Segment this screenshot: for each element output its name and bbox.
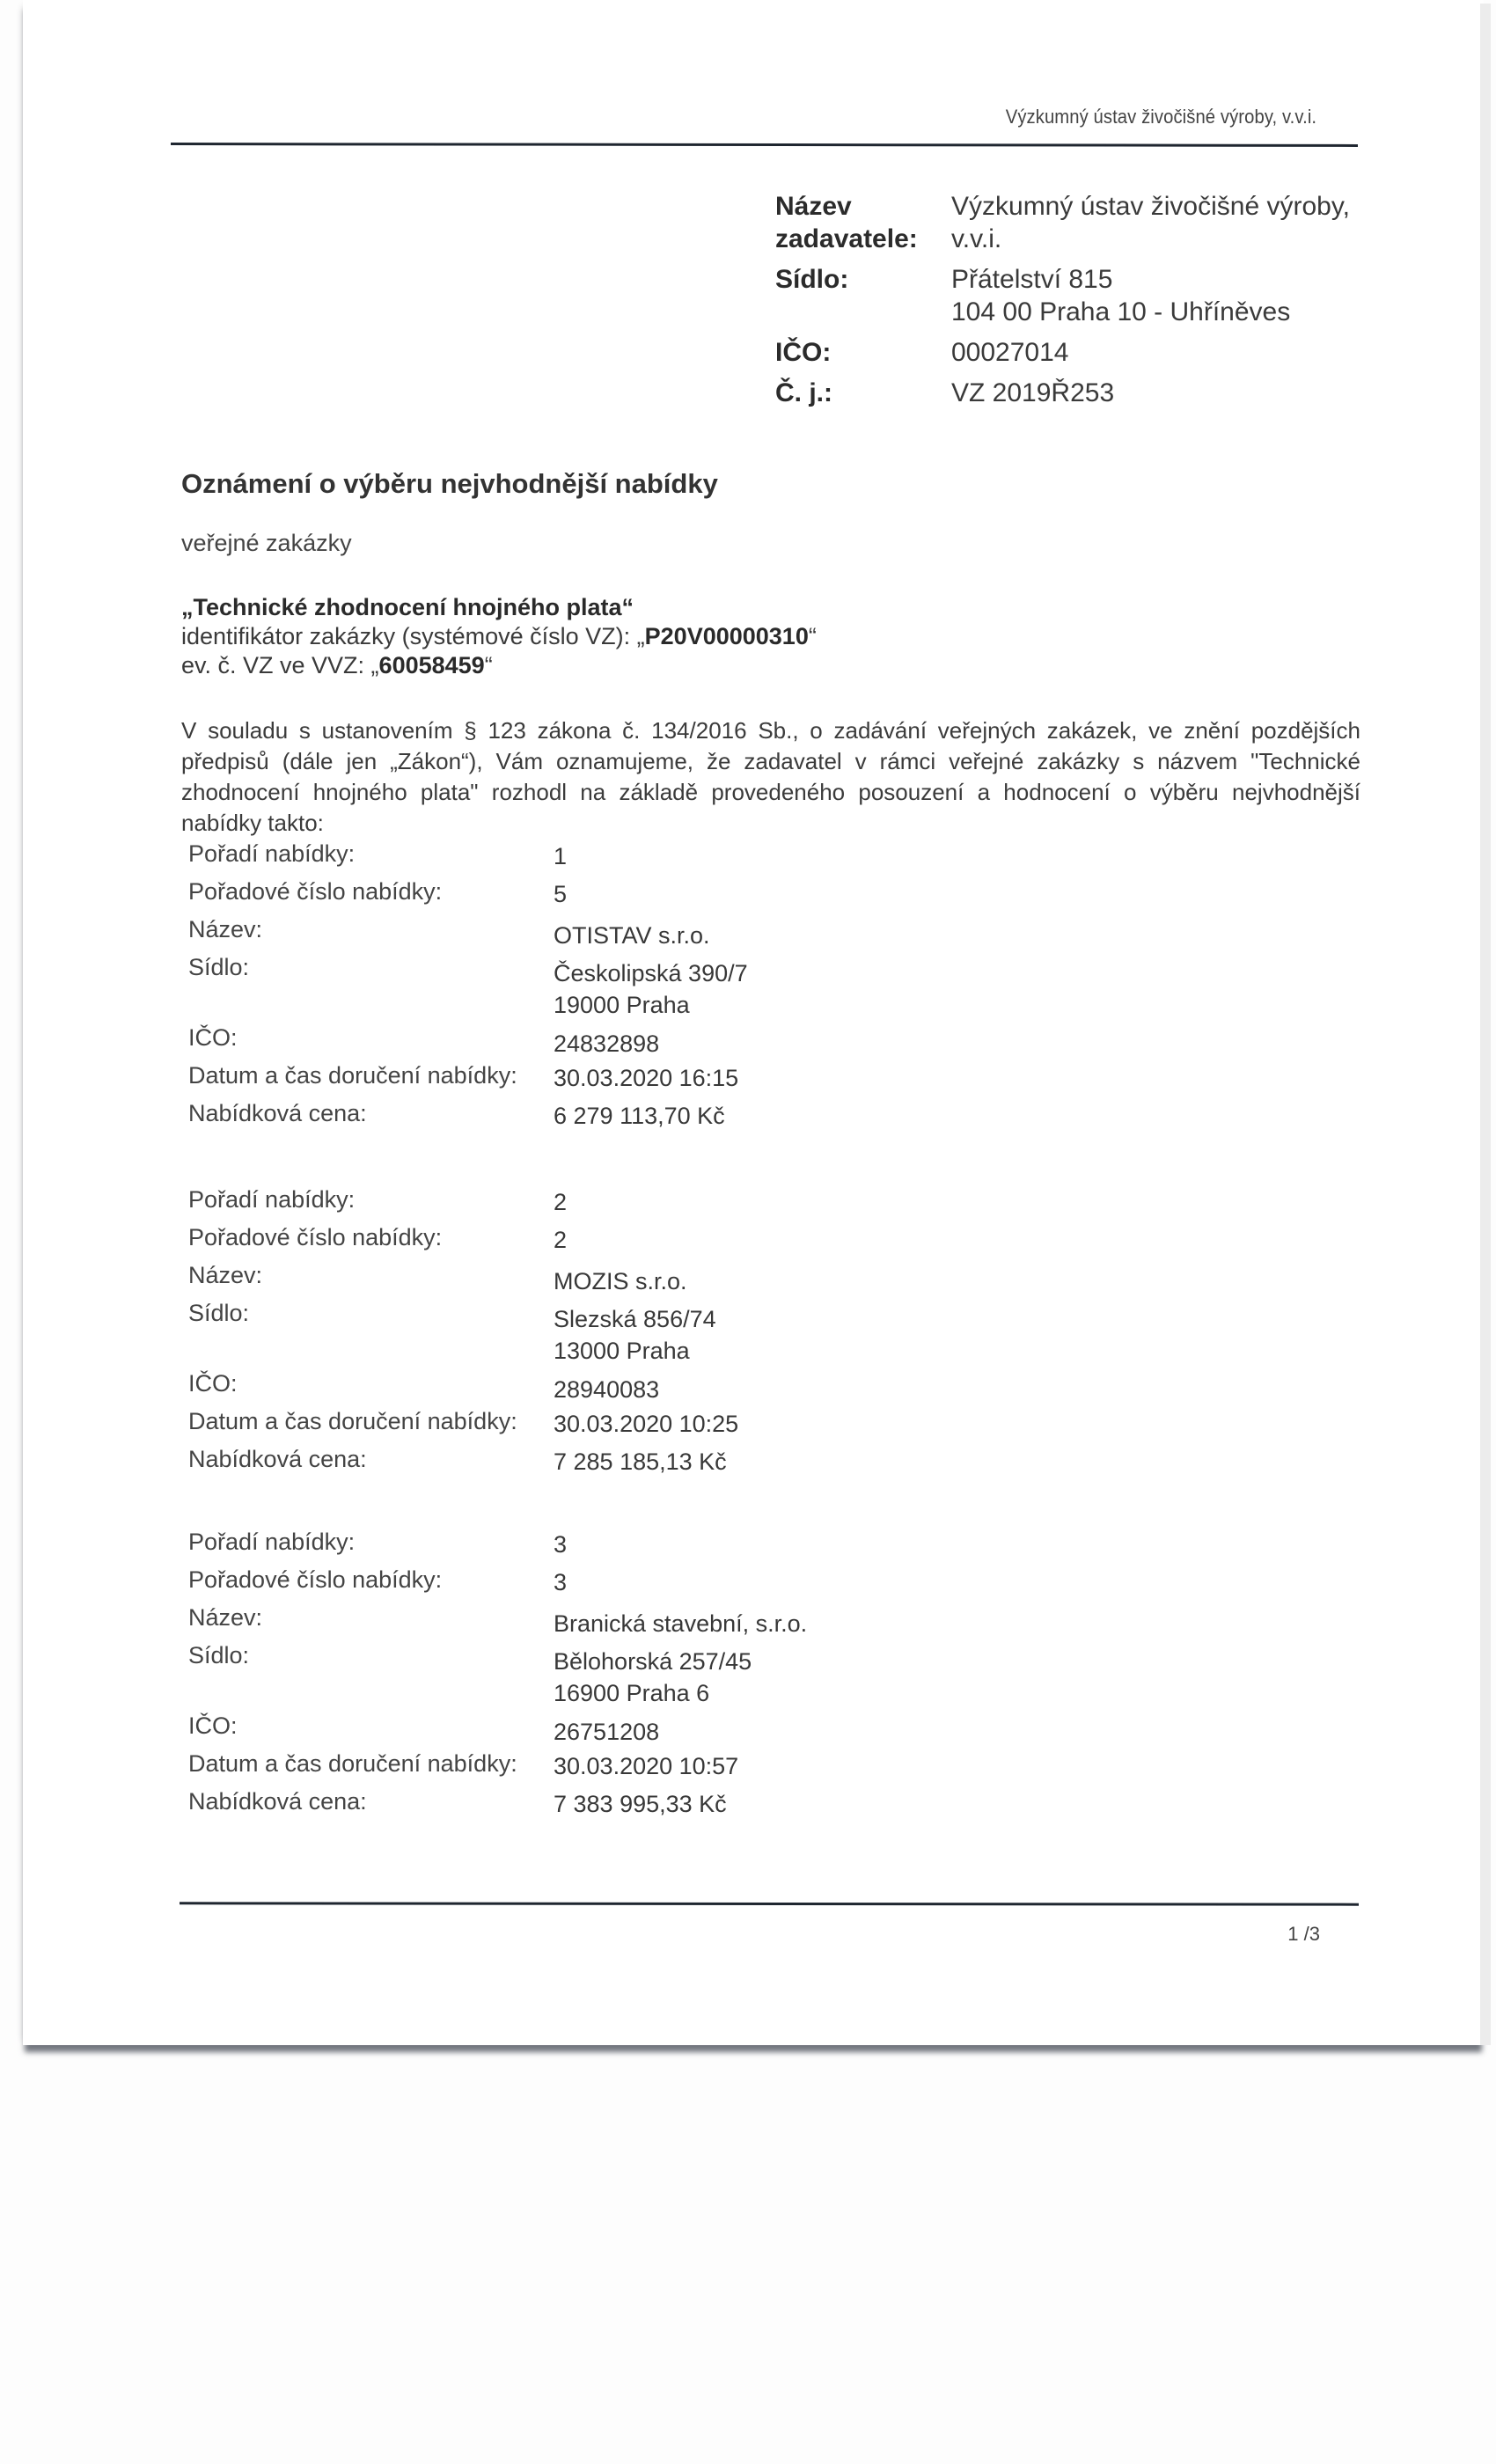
offer-seat-2: 19000 Praha	[554, 989, 748, 1021]
authority-seat-1: Přátelství 815	[951, 263, 1290, 296]
scanned-page: Výzkumný ústav živočišné výroby, v.v.i. …	[23, 0, 1484, 2045]
offer-ico: 26751208	[554, 1716, 659, 1748]
offer-block: Pořadí nabídky: 3 Pořadové číslo nabídky…	[188, 1529, 807, 1826]
authority-name-1: Výzkumný ústav živočišné výroby,	[951, 190, 1350, 223]
offer-seat-row: Sídlo: Slezská 856/74 13000 Praha	[188, 1300, 738, 1370]
offer-seat-2: 13000 Praha	[554, 1335, 716, 1367]
offer-rank: 2	[554, 1186, 567, 1218]
offer-name-row: Název: Branická stavební, s.r.o.	[188, 1604, 807, 1642]
document-title: Oznámení o výběru nejvhodnější nabídky	[181, 468, 718, 500]
offer-price: 6 279 113,70 Kč	[554, 1100, 725, 1132]
authority-ref-label: Č. j.:	[775, 377, 951, 409]
offer-price: 7 285 185,13 Kč	[554, 1446, 727, 1478]
offer-name: MOZIS s.r.o.	[554, 1265, 687, 1297]
authority-name-row: Název zadavatele: Výzkumný ústav živočiš…	[775, 190, 1350, 255]
offer-name: OTISTAV s.r.o.	[554, 920, 710, 951]
authority-ref: VZ 2019Ř253	[951, 377, 1114, 409]
authority-name-label-1: Název	[775, 190, 951, 223]
offer-rank-row: Pořadí nabídky: 3	[188, 1529, 807, 1566]
offer-seat-row: Sídlo: Bělohorská 257/45 16900 Praha 6	[188, 1642, 807, 1712]
authority-ref-row: Č. j.: VZ 2019Ř253	[775, 377, 1350, 409]
contract-identifier-line: identifikátor zakázky (systémové číslo V…	[181, 622, 817, 651]
offer-delivered-row: Datum a čas doručení nabídky: 30.03.2020…	[188, 1408, 738, 1446]
offer-ico: 28940083	[554, 1374, 659, 1405]
offer-seat-row: Sídlo: Českolipská 390/7 19000 Praha	[188, 954, 748, 1024]
header-rule	[171, 143, 1358, 147]
authority-seat-label: Sídlo:	[775, 263, 951, 328]
authority-name-2: v.v.i.	[951, 223, 1350, 255]
contract-identifier: P20V00000310	[645, 623, 809, 649]
contract-name: „Technické zhodnocení hnojného plata“	[181, 594, 634, 620]
authority-ico-row: IČO: 00027014	[775, 336, 1350, 369]
offer-seat-1: Bělohorská 257/45	[554, 1646, 752, 1677]
scan-edge	[1480, 4, 1491, 2045]
offer-delivered-row: Datum a čas doručení nabídky: 30.03.2020…	[188, 1750, 807, 1788]
document-subtitle: veřejné zakázky	[181, 530, 352, 557]
offer-delivered: 30.03.2020 10:57	[554, 1750, 738, 1782]
offer-delivered: 30.03.2020 10:25	[554, 1408, 738, 1440]
page-number: 1 /3	[1287, 1923, 1320, 1946]
offer-serial-row: Pořadové číslo nabídky: 2	[188, 1224, 738, 1262]
offer-name-row: Název: OTISTAV s.r.o.	[188, 916, 748, 954]
offer-rank-row: Pořadí nabídky: 1	[188, 840, 748, 878]
contracting-authority-block: Název zadavatele: Výzkumný ústav živočiš…	[775, 190, 1350, 409]
authority-name-label-2: zadavatele:	[775, 223, 951, 255]
footer-rule	[180, 1902, 1359, 1905]
offer-serial: 5	[554, 878, 567, 910]
authority-seat-2: 104 00 Praha 10 - Uhříněves	[951, 296, 1290, 328]
offer-block: Pořadí nabídky: 1 Pořadové číslo nabídky…	[188, 840, 748, 1138]
offer-seat-1: Českolipská 390/7	[554, 957, 748, 989]
offer-price-row: Nabídková cena: 7 285 185,13 Kč	[188, 1446, 738, 1484]
offer-rank-row: Pořadí nabídky: 2	[188, 1186, 738, 1224]
offer-rank: 1	[554, 840, 567, 872]
offer-block: Pořadí nabídky: 2 Pořadové číslo nabídky…	[188, 1186, 738, 1484]
contract-vvz-number: 60058459	[379, 652, 485, 678]
offer-name: Branická stavební, s.r.o.	[554, 1608, 807, 1639]
offer-price: 7 383 995,33 Kč	[554, 1788, 727, 1820]
offer-ico-row: IČO: 24832898	[188, 1024, 748, 1062]
offer-serial-row: Pořadové číslo nabídky: 5	[188, 878, 748, 916]
offer-name-row: Název: MOZIS s.r.o.	[188, 1262, 738, 1300]
authority-seat-row: Sídlo: Přátelství 815 104 00 Praha 10 - …	[775, 263, 1350, 328]
authority-ico-label: IČO:	[775, 336, 951, 369]
offer-ico: 24832898	[554, 1028, 659, 1060]
contract-vvz-line: ev. č. VZ ve VVZ: „60058459“	[181, 651, 817, 680]
contract-info: „Technické zhodnocení hnojného plata“ id…	[181, 593, 817, 680]
offer-rank: 3	[554, 1529, 567, 1560]
offer-ico-row: IČO: 26751208	[188, 1712, 807, 1750]
offer-serial: 3	[554, 1566, 567, 1598]
offer-delivered-row: Datum a čas doručení nabídky: 30.03.2020…	[188, 1062, 748, 1100]
authority-ico: 00027014	[951, 336, 1068, 369]
offer-serial: 2	[554, 1224, 567, 1256]
intro-paragraph: V souladu s ustanovením § 123 zákona č. …	[181, 715, 1360, 839]
offer-seat-2: 16900 Praha 6	[554, 1677, 752, 1709]
offer-price-row: Nabídková cena: 7 383 995,33 Kč	[188, 1788, 807, 1826]
running-head: Výzkumný ústav živočišné výroby, v.v.i.	[1006, 106, 1316, 128]
offer-ico-row: IČO: 28940083	[188, 1370, 738, 1408]
offer-price-row: Nabídková cena: 6 279 113,70 Kč	[188, 1100, 748, 1138]
offer-delivered: 30.03.2020 16:15	[554, 1062, 738, 1094]
offer-serial-row: Pořadové číslo nabídky: 3	[188, 1566, 807, 1604]
offer-seat-1: Slezská 856/74	[554, 1303, 716, 1335]
